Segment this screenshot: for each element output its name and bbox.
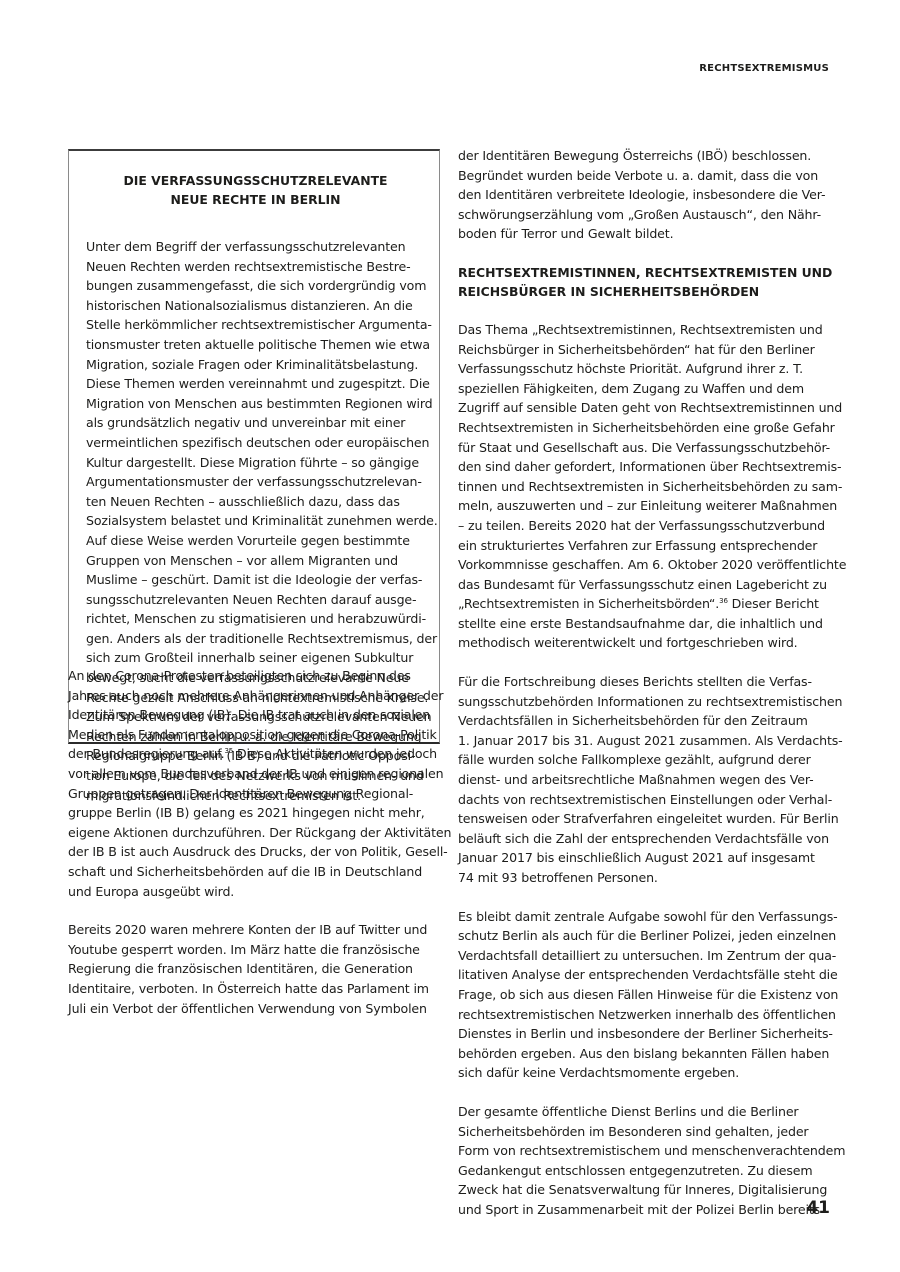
text-line: „Rechtsextremisten in Sicherheitsbörden“…: [458, 594, 834, 614]
text-line: Neuen Rechten werden rechtsextremistisch…: [86, 257, 425, 277]
text-line: 74 mit 93 betroffenen Personen.: [458, 868, 834, 888]
text-line: Diese Themen werden vereinnahmt und zuge…: [86, 374, 425, 394]
text-line: Kultur dargestellt. Diese Migration führ…: [86, 453, 425, 473]
text-line: An den Corona-Protesten beteiligten sich…: [68, 666, 448, 686]
text-line: tionsmuster treten aktuelle politische T…: [86, 335, 425, 355]
text-line: als grundsätzlich negativ und unvereinba…: [86, 413, 425, 433]
page-number: 41: [806, 1198, 830, 1218]
text-line: Zweck hat die Senatsverwaltung für Inner…: [458, 1180, 834, 1200]
running-head: RECHTSEXTREMISMUS: [699, 63, 829, 74]
text-line: Sozialsystem belastet und Kriminalität z…: [86, 511, 425, 531]
text-line: der Bundesregierung auf.35 Diese Aktivit…: [68, 744, 448, 764]
text-line: eigene Aktionen durchzuführen. Der Rückg…: [68, 823, 448, 843]
text-line: Muslime – geschürt. Damit ist die Ideolo…: [86, 570, 425, 590]
text-line: Stelle herkömmlicher rechtsextremistisch…: [86, 315, 425, 335]
text-segment: Dieser Bericht: [728, 596, 819, 611]
footnote-reference[interactable]: 35: [224, 747, 233, 755]
text-line: für Staat und Gesellschaft aus. Die Verf…: [458, 438, 834, 458]
right-column: der Identitären Bewegung Österreichs (IB…: [458, 146, 834, 1239]
text-line: ten Neuen Rechten – ausschließlich dazu,…: [86, 492, 425, 512]
text-line: Der gesamte öffentliche Dienst Berlins u…: [458, 1102, 834, 1122]
text-line: und Europa ausgeübt wird.: [68, 882, 448, 902]
paragraph: Für die Fortschreibung dieses Berichts s…: [458, 672, 834, 888]
footnote-reference[interactable]: 36: [719, 597, 728, 605]
info-box: DIE VERFASSUNGSSCHUTZRELEVANTE NEUE RECH…: [68, 149, 440, 744]
text-line: Januar 2017 bis einschließlich August 20…: [458, 848, 834, 868]
text-line: Regierung die französischen Identitären,…: [68, 959, 448, 979]
text-line: der Identitären Bewegung Österreichs (IB…: [458, 146, 834, 166]
text-line: dienst- und arbeitsrechtliche Maßnahmen …: [458, 770, 834, 790]
text-line: dachts von rechtsextremistischen Einstel…: [458, 790, 834, 810]
text-line: Sicherheitsbehörden im Besonderen sind g…: [458, 1122, 834, 1142]
heading-line: REICHSBÜRGER IN SICHERHEITSBEHÖRDEN: [458, 282, 834, 301]
text-line: Gedankengut entschlossen entgegenzutrete…: [458, 1161, 834, 1181]
text-line: vermeintlichen spezifisch deutschen oder…: [86, 433, 425, 453]
text-line: methodisch weiterentwickelt und fortgesc…: [458, 633, 834, 653]
text-line: Jahres auch noch mehrere Anhängerinnen u…: [68, 686, 448, 706]
text-line: gruppe Berlin (IB B) gelang es 2021 hing…: [68, 803, 448, 823]
text-line: Unter dem Begriff der verfassungsschutzr…: [86, 237, 425, 257]
text-line: behörden ergeben. Aus den bislang bekann…: [458, 1044, 834, 1064]
text-line: Bereits 2020 waren mehrere Konten der IB…: [68, 920, 448, 940]
text-line: stellte eine erste Bestandsaufnahme dar,…: [458, 614, 834, 634]
text-line: rechtsextremistischen Netzwerken innerha…: [458, 1005, 834, 1025]
text-line: Medien als Fundamentalopposition gegen d…: [68, 725, 448, 745]
text-line: Rechtsextremisten in Sicherheitsbehörden…: [458, 418, 834, 438]
text-line: den Identitären verbreitete Ideologie, i…: [458, 185, 834, 205]
info-box-title-line: DIE VERFASSUNGSSCHUTZRELEVANTE: [86, 171, 425, 190]
text-line: schutz Berlin als auch für die Berliner …: [458, 926, 834, 946]
text-line: fälle wurden solche Fallkomplexe gezählt…: [458, 750, 834, 770]
text-line: Youtube gesperrt worden. Im März hatte d…: [68, 940, 448, 960]
heading-line: RECHTSEXTREMISTINNEN, RECHTSEXTREMISTEN …: [458, 263, 834, 282]
text-line: boden für Terror und Gewalt bildet.: [458, 224, 834, 244]
text-line: Es bleibt damit zentrale Aufgabe sowohl …: [458, 907, 834, 927]
text-line: Migration, soziale Fragen oder Kriminali…: [86, 355, 425, 375]
text-line: schwörungserzählung vom „Großen Austausc…: [458, 205, 834, 225]
text-line: Argumentationsmuster der verfassungsschu…: [86, 472, 425, 492]
text-line: Begründet wurden beide Verbote u. a. dam…: [458, 166, 834, 186]
text-line: Juli ein Verbot der öffentlichen Verwend…: [68, 999, 448, 1019]
text-line: Verdachtsfall detailliert zu untersuchen…: [458, 946, 834, 966]
text-line: litativen Analyse der entsprechenden Ver…: [458, 965, 834, 985]
text-line: der IB B ist auch Ausdruck des Drucks, d…: [68, 842, 448, 862]
text-line: beläuft sich die Zahl der entsprechenden…: [458, 829, 834, 849]
paragraph: Das Thema „Rechtsextremistinnen, Rechtse…: [458, 320, 834, 653]
text-line: Frage, ob sich aus diesen Fällen Hinweis…: [458, 985, 834, 1005]
text-segment: der Bundesregierung auf.: [68, 746, 224, 761]
text-line: sungsschutzbehörden Informationen zu rec…: [458, 692, 834, 712]
text-line: schaft und Sicherheitsbehörden auf die I…: [68, 862, 448, 882]
text-line: Auf diese Weise werden Vorurteile gegen …: [86, 531, 425, 551]
text-line: Migration von Menschen aus bestimmten Re…: [86, 394, 425, 414]
text-line: Verfassungsschutz höchste Priorität. Auf…: [458, 359, 834, 379]
text-line: ein strukturiertes Verfahren zur Erfassu…: [458, 536, 834, 556]
text-line: sungsschutzrelevanten Neuen Rechten dara…: [86, 590, 425, 610]
text-line: Identitären Bewegung (IB). Die IB trat a…: [68, 705, 448, 725]
text-line: Das Thema „Rechtsextremistinnen, Rechtse…: [458, 320, 834, 340]
text-line: Dienstes in Berlin und insbesondere der …: [458, 1024, 834, 1044]
text-line: gen. Anders als der traditionelle Rechts…: [86, 629, 425, 649]
text-line: den sind daher gefordert, Informationen …: [458, 457, 834, 477]
text-line: 1. Januar 2017 bis 31. August 2021 zusam…: [458, 731, 834, 751]
text-line: tinnen und Rechtsextremisten in Sicherhe…: [458, 477, 834, 497]
text-line: – zu teilen. Bereits 2020 hat der Verfas…: [458, 516, 834, 536]
text-line: Gruppen von Menschen – vor allem Migrant…: [86, 551, 425, 571]
text-line: historischen Nationalsozialismus distanz…: [86, 296, 425, 316]
paragraph: An den Corona-Protesten beteiligten sich…: [68, 666, 448, 901]
paragraph: der Identitären Bewegung Österreichs (IB…: [458, 146, 834, 244]
text-line: vor allem vom Bundesverband der IB und e…: [68, 764, 448, 784]
paragraph: Bereits 2020 waren mehrere Konten der IB…: [68, 920, 448, 1018]
text-line: Gruppen getragen. Der Identitären Bewegu…: [68, 784, 448, 804]
text-line: Identitaire, verboten. In Österreich hat…: [68, 979, 448, 999]
text-line: Vorkommnisse geschaffen. Am 6. Oktober 2…: [458, 555, 834, 575]
text-line: speziellen Fähigkeiten, dem Zugang zu Wa…: [458, 379, 834, 399]
text-segment: Diese Aktivitäten wurden jedoch: [233, 746, 437, 761]
text-line: tensweisen oder Strafverfahren eingeleit…: [458, 809, 834, 829]
text-line: Für die Fortschreibung dieses Berichts s…: [458, 672, 834, 692]
text-line: Reichsbürger in Sicherheitsbehörden“ hat…: [458, 340, 834, 360]
text-line: das Bundesamt für Verfassungsschutz eine…: [458, 575, 834, 595]
left-column-body: An den Corona-Protesten beteiligten sich…: [68, 666, 448, 1037]
section-heading: RECHTSEXTREMISTINNEN, RECHTSEXTREMISTEN …: [458, 263, 834, 301]
info-box-title-line: NEUE RECHTE IN BERLIN: [86, 190, 425, 209]
text-line: Verdachtsfällen in Sicherheitsbehörden f…: [458, 711, 834, 731]
text-line: Form von rechtsextremistischem und mensc…: [458, 1141, 834, 1161]
text-line: und Sport in Zusammenarbeit mit der Poli…: [458, 1200, 834, 1220]
text-line: Zugriff auf sensible Daten geht von Rech…: [458, 398, 834, 418]
info-box-title: DIE VERFASSUNGSSCHUTZRELEVANTE NEUE RECH…: [86, 171, 425, 209]
text-line: meln, auszuwerten und – zur Einleitung w…: [458, 496, 834, 516]
text-line: richtet, Menschen zu stigmatisieren und …: [86, 609, 425, 629]
paragraph: Es bleibt damit zentrale Aufgabe sowohl …: [458, 907, 834, 1083]
paragraph: Der gesamte öffentliche Dienst Berlins u…: [458, 1102, 834, 1220]
text-line: bungen zusammengefasst, die sich vorderg…: [86, 276, 425, 296]
text-segment: „Rechtsextremisten in Sicherheitsbörden“…: [458, 596, 719, 611]
text-line: sich dafür keine Verdachtsmomente ergebe…: [458, 1063, 834, 1083]
left-column: DIE VERFASSUNGSSCHUTZRELEVANTE NEUE RECH…: [68, 149, 440, 744]
